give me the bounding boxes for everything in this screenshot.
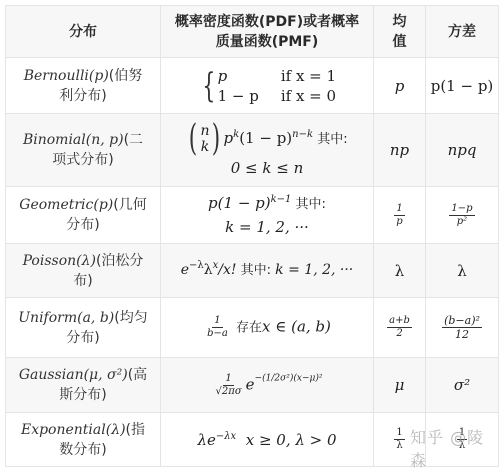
mean-value: a+b2 [374,298,426,358]
header-distribution: 分布 [6,6,161,58]
mean-value: 1λ [374,413,426,467]
pdf-formula: { pif x = 1 1 − pif x = 0 [161,58,374,114]
table-row-uniform: Uniform(a, b)(均匀 分布) 1b−a 存在x ∈ (a, b) a… [6,298,499,358]
table-row-binomial: Binomial(n, p)(二 项式分布) ( nk ) pk(1 − p)n… [6,114,499,187]
mean-value: μ [374,358,426,413]
table-header-row: 分布 概率密度函数(PDF)或者概率 质量函数(PMF) 均 值 方差 [6,6,499,58]
table-row-geometric: Geometric(p)(几何 分布) p(1 − p)k−1 其中: k = … [6,187,499,244]
table-row-exponential: Exponential(λ)(指 数分布) λe−λx x ≥ 0, λ > 0… [6,413,499,467]
distribution-name: Uniform(a, b)(均匀 分布) [6,298,161,358]
mean-value: p [374,58,426,114]
pdf-formula: 1b−a 存在x ∈ (a, b) [161,298,374,358]
variance-value: npq [426,114,499,187]
distribution-table: 分布 概率密度函数(PDF)或者概率 质量函数(PMF) 均 值 方差 Bern… [5,5,499,467]
distribution-name: Poisson(λ)(泊松分 布) [6,244,161,298]
distribution-name: Exponential(λ)(指 数分布) [6,413,161,467]
table-row-poisson: Poisson(λ)(泊松分 布) e−λλx/x! 其中: k = 1, 2,… [6,244,499,298]
pdf-formula: 1√2πσe−(1/2σ²)(x−μ)² [161,358,374,413]
distribution-name: Gaussian(μ, σ²)(高 斯分布) [6,358,161,413]
distribution-name: Bernoulli(p)(伯努 利分布) [6,58,161,114]
mean-value: 1p [374,187,426,244]
pdf-formula: ( nk ) pk(1 − p)n−k 其中: 0 ≤ k ≤ n [161,114,374,187]
variance-value: (b−a)²12 [426,298,499,358]
pdf-formula: p(1 − p)k−1 其中: k = 1, 2, ··· [161,187,374,244]
mean-value: np [374,114,426,187]
variance-value: σ² [426,358,499,413]
mean-value: λ [374,244,426,298]
distribution-name: Binomial(n, p)(二 项式分布) [6,114,161,187]
variance-value: λ [426,244,499,298]
header-pdf-pmf: 概率密度函数(PDF)或者概率 质量函数(PMF) [161,6,374,58]
variance-value: 1λ [426,413,499,467]
header-mean: 均 值 [374,6,426,58]
left-brace-icon: { [202,69,215,103]
pdf-formula: λe−λx x ≥ 0, λ > 0 [161,413,374,467]
table-row-gaussian: Gaussian(μ, σ²)(高 斯分布) 1√2πσe−(1/2σ²)(x−… [6,358,499,413]
variance-value: p(1 − p) [426,58,499,114]
header-variance: 方差 [426,6,499,58]
distribution-name: Geometric(p)(几何 分布) [6,187,161,244]
pdf-formula: e−λλx/x! 其中: k = 1, 2, ··· [161,244,374,298]
variance-value: 1−pp² [426,187,499,244]
table-row-bernoulli: Bernoulli(p)(伯努 利分布) { pif x = 1 1 − pif… [6,58,499,114]
binomial-coefficient: ( nk ) [186,121,223,157]
